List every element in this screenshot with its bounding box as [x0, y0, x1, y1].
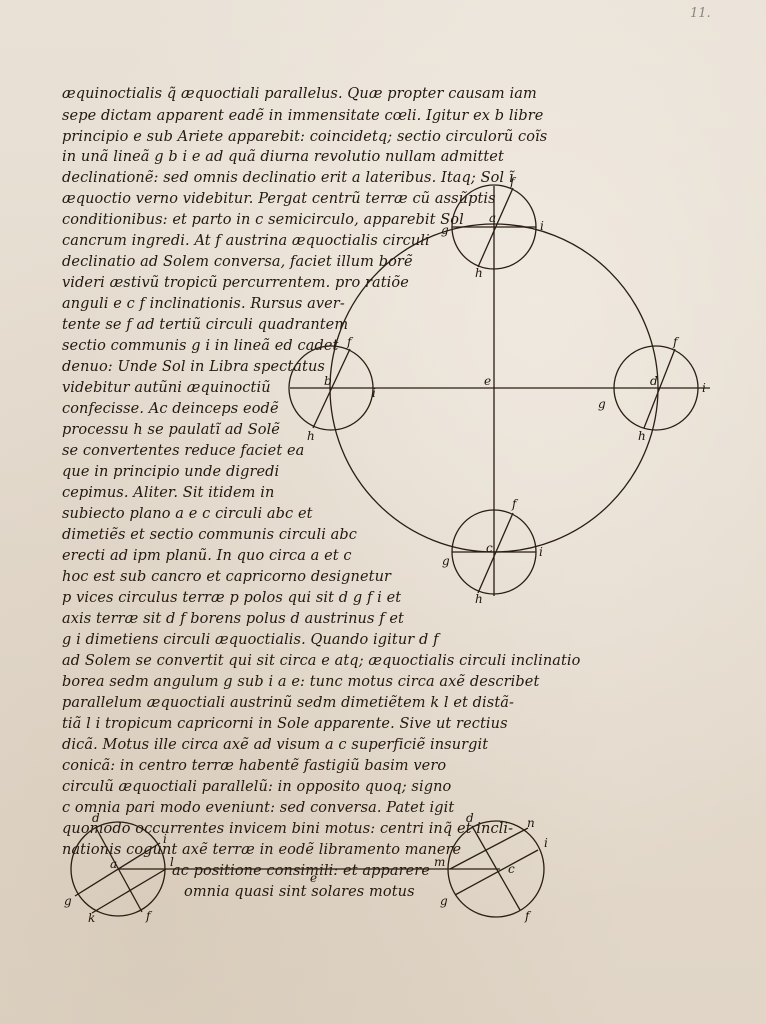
label-b-f: f	[346, 335, 354, 349]
label-bottom-g-right: g	[440, 894, 448, 908]
label-c: c	[486, 541, 493, 555]
label-bottom-g-left: g	[64, 894, 72, 908]
label-bottom-f-right: f	[524, 909, 532, 923]
label-d-f: f	[672, 335, 680, 349]
label-a-h: h	[475, 266, 483, 280]
label-c-i: i	[539, 545, 543, 559]
label-bottom-f-left: f	[145, 909, 153, 923]
label-e: e	[484, 374, 491, 388]
label-b-h: h	[307, 429, 315, 443]
label-c-h: h	[475, 592, 483, 606]
label-bottom-d-left: d	[92, 811, 100, 825]
label-b: b	[324, 374, 332, 388]
label-bottom-c: c	[508, 862, 515, 876]
label-bottom-a: a	[110, 857, 117, 871]
label-bottom-m: m	[434, 855, 445, 869]
label-bottom-i-right: i	[544, 836, 548, 850]
diagram-labels: a f g i h b f i h e d f g i h c f g i h …	[64, 175, 706, 925]
label-c-f: f	[511, 497, 519, 511]
label-d-g: g	[598, 397, 606, 411]
label-d-h: h	[638, 429, 646, 443]
label-a-i: i	[540, 219, 544, 233]
label-c-g: g	[442, 554, 450, 568]
label-d-i: i	[702, 381, 706, 395]
orbit-diagram: a f g i h b f i h e d f g i h c f g i h …	[0, 0, 766, 1024]
label-a: a	[489, 211, 496, 225]
label-bottom-e: e	[310, 871, 317, 885]
label-a-f: f	[509, 175, 517, 189]
label-a-g: g	[441, 223, 449, 237]
label-bottom-i-left: i	[163, 832, 167, 846]
manuscript-page: 11. æquinoctialis q̃ æquoctiali parallel…	[0, 0, 766, 1024]
label-d: d	[650, 374, 658, 388]
label-bottom-n: n	[527, 816, 535, 830]
label-bottom-d-right: d	[466, 811, 474, 825]
label-b-i: i	[372, 386, 376, 400]
label-bottom-l: l	[170, 855, 174, 869]
label-bottom-k: k	[88, 911, 95, 925]
